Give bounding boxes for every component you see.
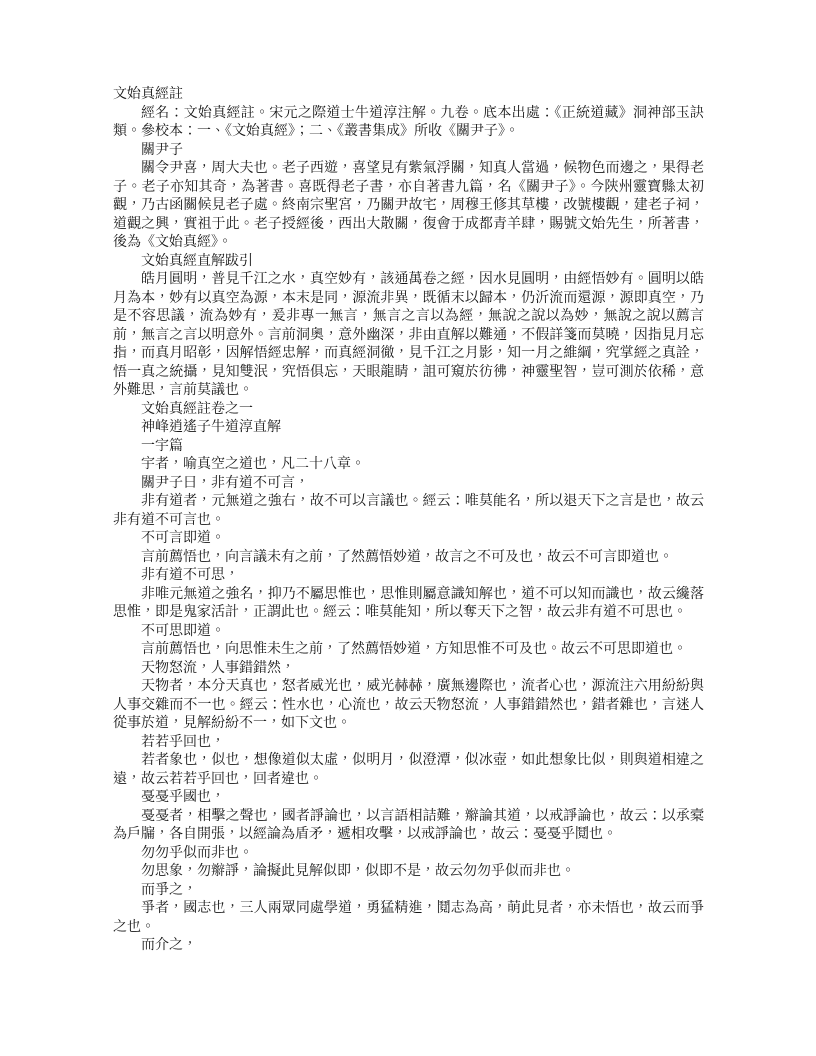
jing-metadata: 經名：文始真經註。宋元之際道士牛道淳注解。九卷。底本出處：《正統道藏》洞神部玉訣…: [113, 105, 704, 142]
heading-guan-yin-zi: 關尹子: [113, 142, 704, 161]
commentary: 戞戞者，相擊之聲也，國者諍論也，以言語相詰難，辮論其道，以戒諍論也，故云：以承槖…: [113, 808, 704, 845]
heading-zhijie-preface: 文始真經直解跋引: [113, 253, 704, 272]
commentary: 勿思象，勿辮諍，論擬此見解似即，似即不是，故云勿勿乎似而非也。: [113, 863, 704, 882]
commentary: 天物者，本分天真也，怒者威光也，威光赫赫，廣無邊際也，流者心也，源流注六用紛紛與…: [113, 678, 704, 734]
author-line: 神峰逍遙子牛道淳直解: [113, 419, 704, 438]
jing-line: 若若乎回也，: [113, 734, 704, 753]
heading-juan-one: 文始真經註卷之一: [113, 401, 704, 420]
commentary: 爭者，國志也，三人兩眾同處學道，勇猛精進，鬩志為高，萌此見者，亦未悟也，故云而爭…: [113, 900, 704, 937]
commentary: 若者象也，似也，想像道似太虛，似明月，似澄潭，似冰壺，如此想象比似，則與道相違之…: [113, 752, 704, 789]
preface-text: 皓月圓明，普見千江之水，真空妙有，該通萬卷之經，因水見圓明，由經悟妙有。圓明以皓…: [113, 271, 704, 401]
guan-yin-zi-biography: 關令尹喜，周大夫也。老子西遊，喜望見有紫氣浮關，知真人當過，候物色而邊之，果得老…: [113, 160, 704, 253]
jing-line: 非有道不可思，: [113, 567, 704, 586]
jing-line: 不可言即道。: [113, 530, 704, 549]
commentary: 非有道者，元無道之強右，故不可以言議也。經云：唯莫能名，所以退天下之言是也，故云…: [113, 493, 704, 530]
commentary: 非唯元無道之強名，抑乃不屬思惟也，思惟則屬意識知解也，道不可以知而識也，故云纔落…: [113, 586, 704, 623]
doc-title: 文始真經註: [113, 86, 704, 105]
jing-line: 天物怒流，人事錯錯然，: [113, 660, 704, 679]
commentary: 言前薦悟也，向言議未有之前，了然薦悟妙道，故言之不可及也，故云不可言即道也。: [113, 549, 704, 568]
chapter-intro: 宇者，喻真空之道也，凡二十八章。: [113, 456, 704, 475]
jing-line: 而介之，: [113, 937, 704, 956]
jing-line: 勿勿乎似而非也。: [113, 845, 704, 864]
document-page: 文始真經註 經名：文始真經註。宋元之際道士牛道淳注解。九卷。底本出處：《正統道藏…: [0, 0, 816, 1056]
jing-line: 戞戞乎國也，: [113, 789, 704, 808]
jing-line: 關尹子曰，非有道不可言，: [113, 475, 704, 494]
commentary: 言前薦悟也，向思惟未生之前，了然薦悟妙道，方知思惟不可及也。故云不可思即道也。: [113, 641, 704, 660]
heading-yi-yu-pian: 一宇篇: [113, 438, 704, 457]
jing-line: 而爭之，: [113, 882, 704, 901]
document-text-block: 文始真經註 經名：文始真經註。宋元之際道士牛道淳注解。九卷。底本出處：《正統道藏…: [113, 86, 704, 956]
jing-line: 不可思即道。: [113, 623, 704, 642]
